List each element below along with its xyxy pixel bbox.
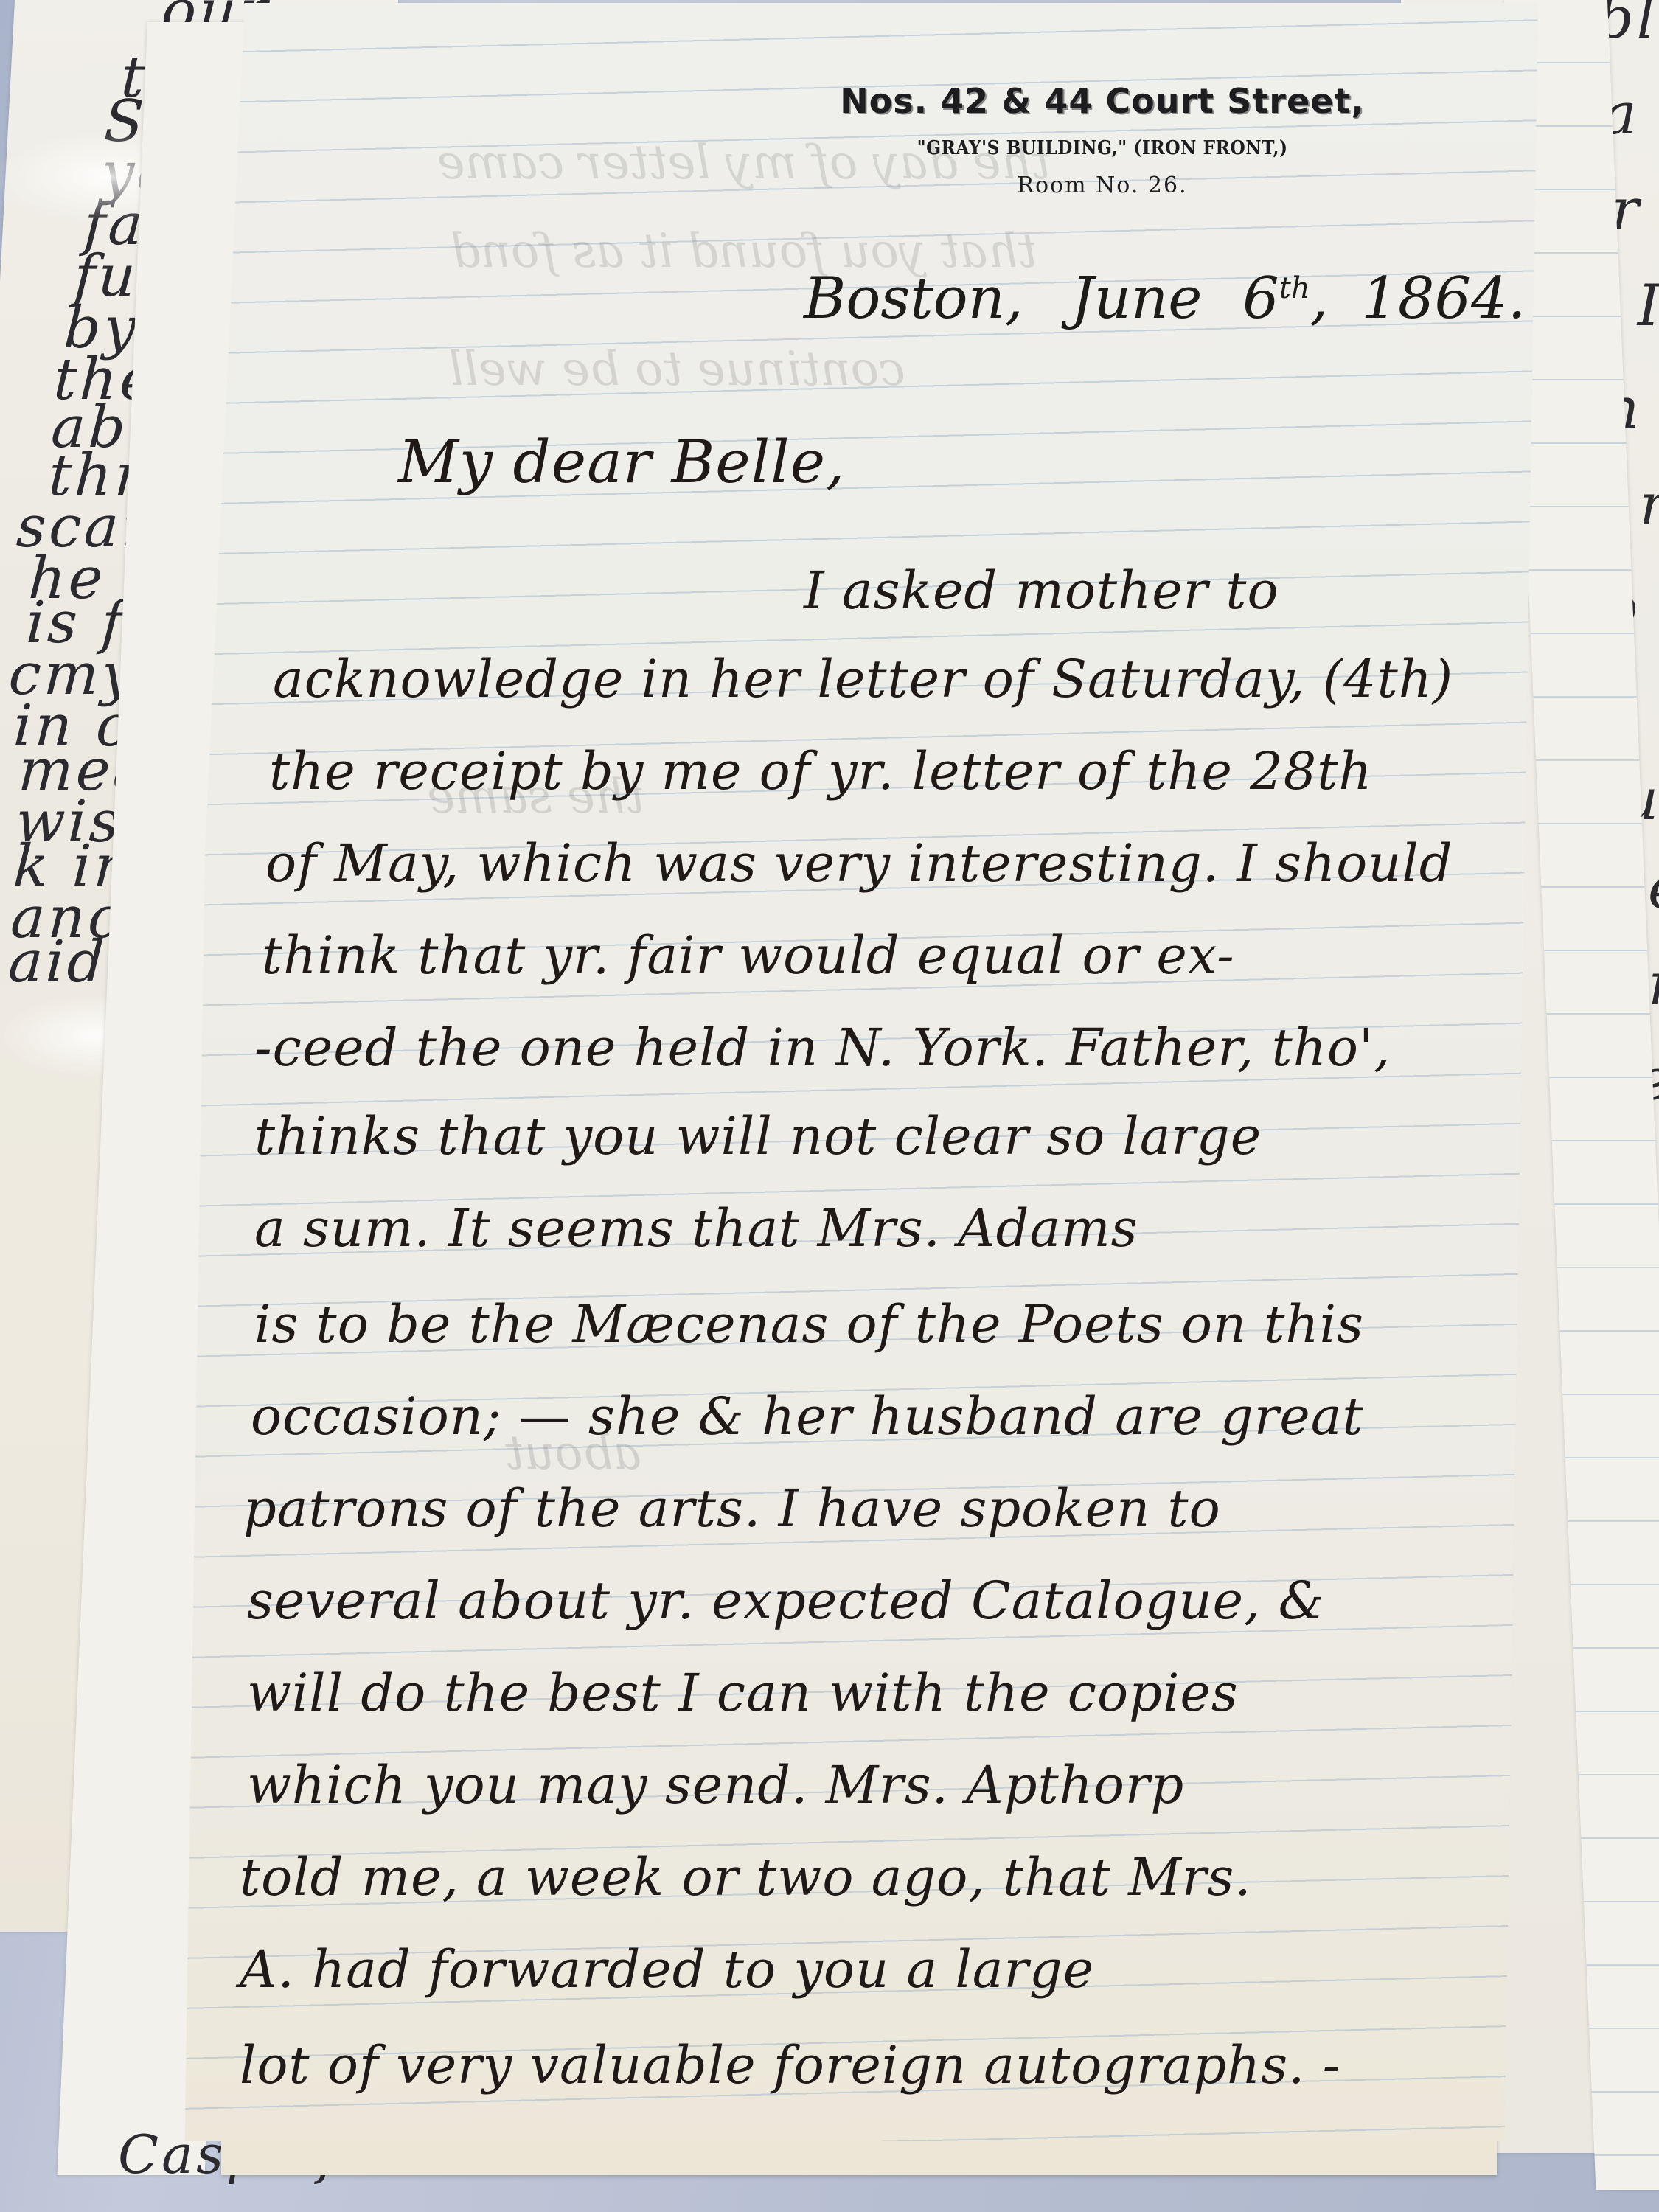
bg-fragment: aid	[7, 929, 108, 995]
body-line: lot of very valuable foreign autographs.…	[240, 2035, 1340, 2096]
body-line: the receipt by me of yr. letter of the 2…	[269, 741, 1372, 801]
bleed-through-text: continue to be well	[448, 342, 906, 397]
body-line: a sum. It seems that Mrs. Adams	[254, 1198, 1138, 1259]
letterhead-room: Room No. 26.	[771, 173, 1434, 198]
body-line: -ceed the one held in N. York. Father, t…	[254, 1018, 1391, 1078]
body-line: acknowledge in her letter of Saturday, (…	[273, 649, 1453, 709]
body-line: thinks that you will not clear so large	[254, 1106, 1262, 1166]
body-line: A. had forwarded to you a large	[240, 1939, 1094, 2000]
date-year: 1864.	[1361, 265, 1526, 332]
body-line: of May, which was very interesting. I sh…	[265, 833, 1453, 894]
body-line: I asked mother to	[804, 560, 1279, 621]
body-line: told me, a week or two ago, that Mrs.	[240, 1847, 1252, 1907]
date-month: June	[1071, 265, 1202, 332]
salutation: My dear Belle,	[398, 428, 846, 496]
body-line: which you may send. Mrs. Apthorp	[247, 1755, 1184, 1815]
date-place: Boston,	[804, 265, 1023, 332]
dateline: Boston, June 6th, 1864.	[804, 265, 1526, 332]
body-line: think that yr. fair would equal or ex-	[262, 925, 1235, 986]
body-line: several about yr. expected Catalogue, &	[247, 1571, 1325, 1631]
body-line: will do the best I can with the copies	[247, 1663, 1239, 1723]
body-line: occasion; — she & her husband are great	[251, 1386, 1364, 1447]
date-day: 6	[1242, 265, 1279, 332]
date-day-suffix: th	[1279, 271, 1310, 305]
letterhead: Nos. 42 & 44 Court Street, "GRAY'S BUILD…	[771, 81, 1434, 198]
body-line: is to be the Mæcenas of the Poets on thi…	[254, 1294, 1364, 1354]
body-line: patrons of the arts. I have spoken to	[243, 1478, 1221, 1539]
letterhead-street: Nos. 42 & 44 Court Street,	[771, 81, 1434, 121]
letterhead-building: "GRAY'S BUILDING," (IRON FRONT,)	[804, 137, 1401, 159]
